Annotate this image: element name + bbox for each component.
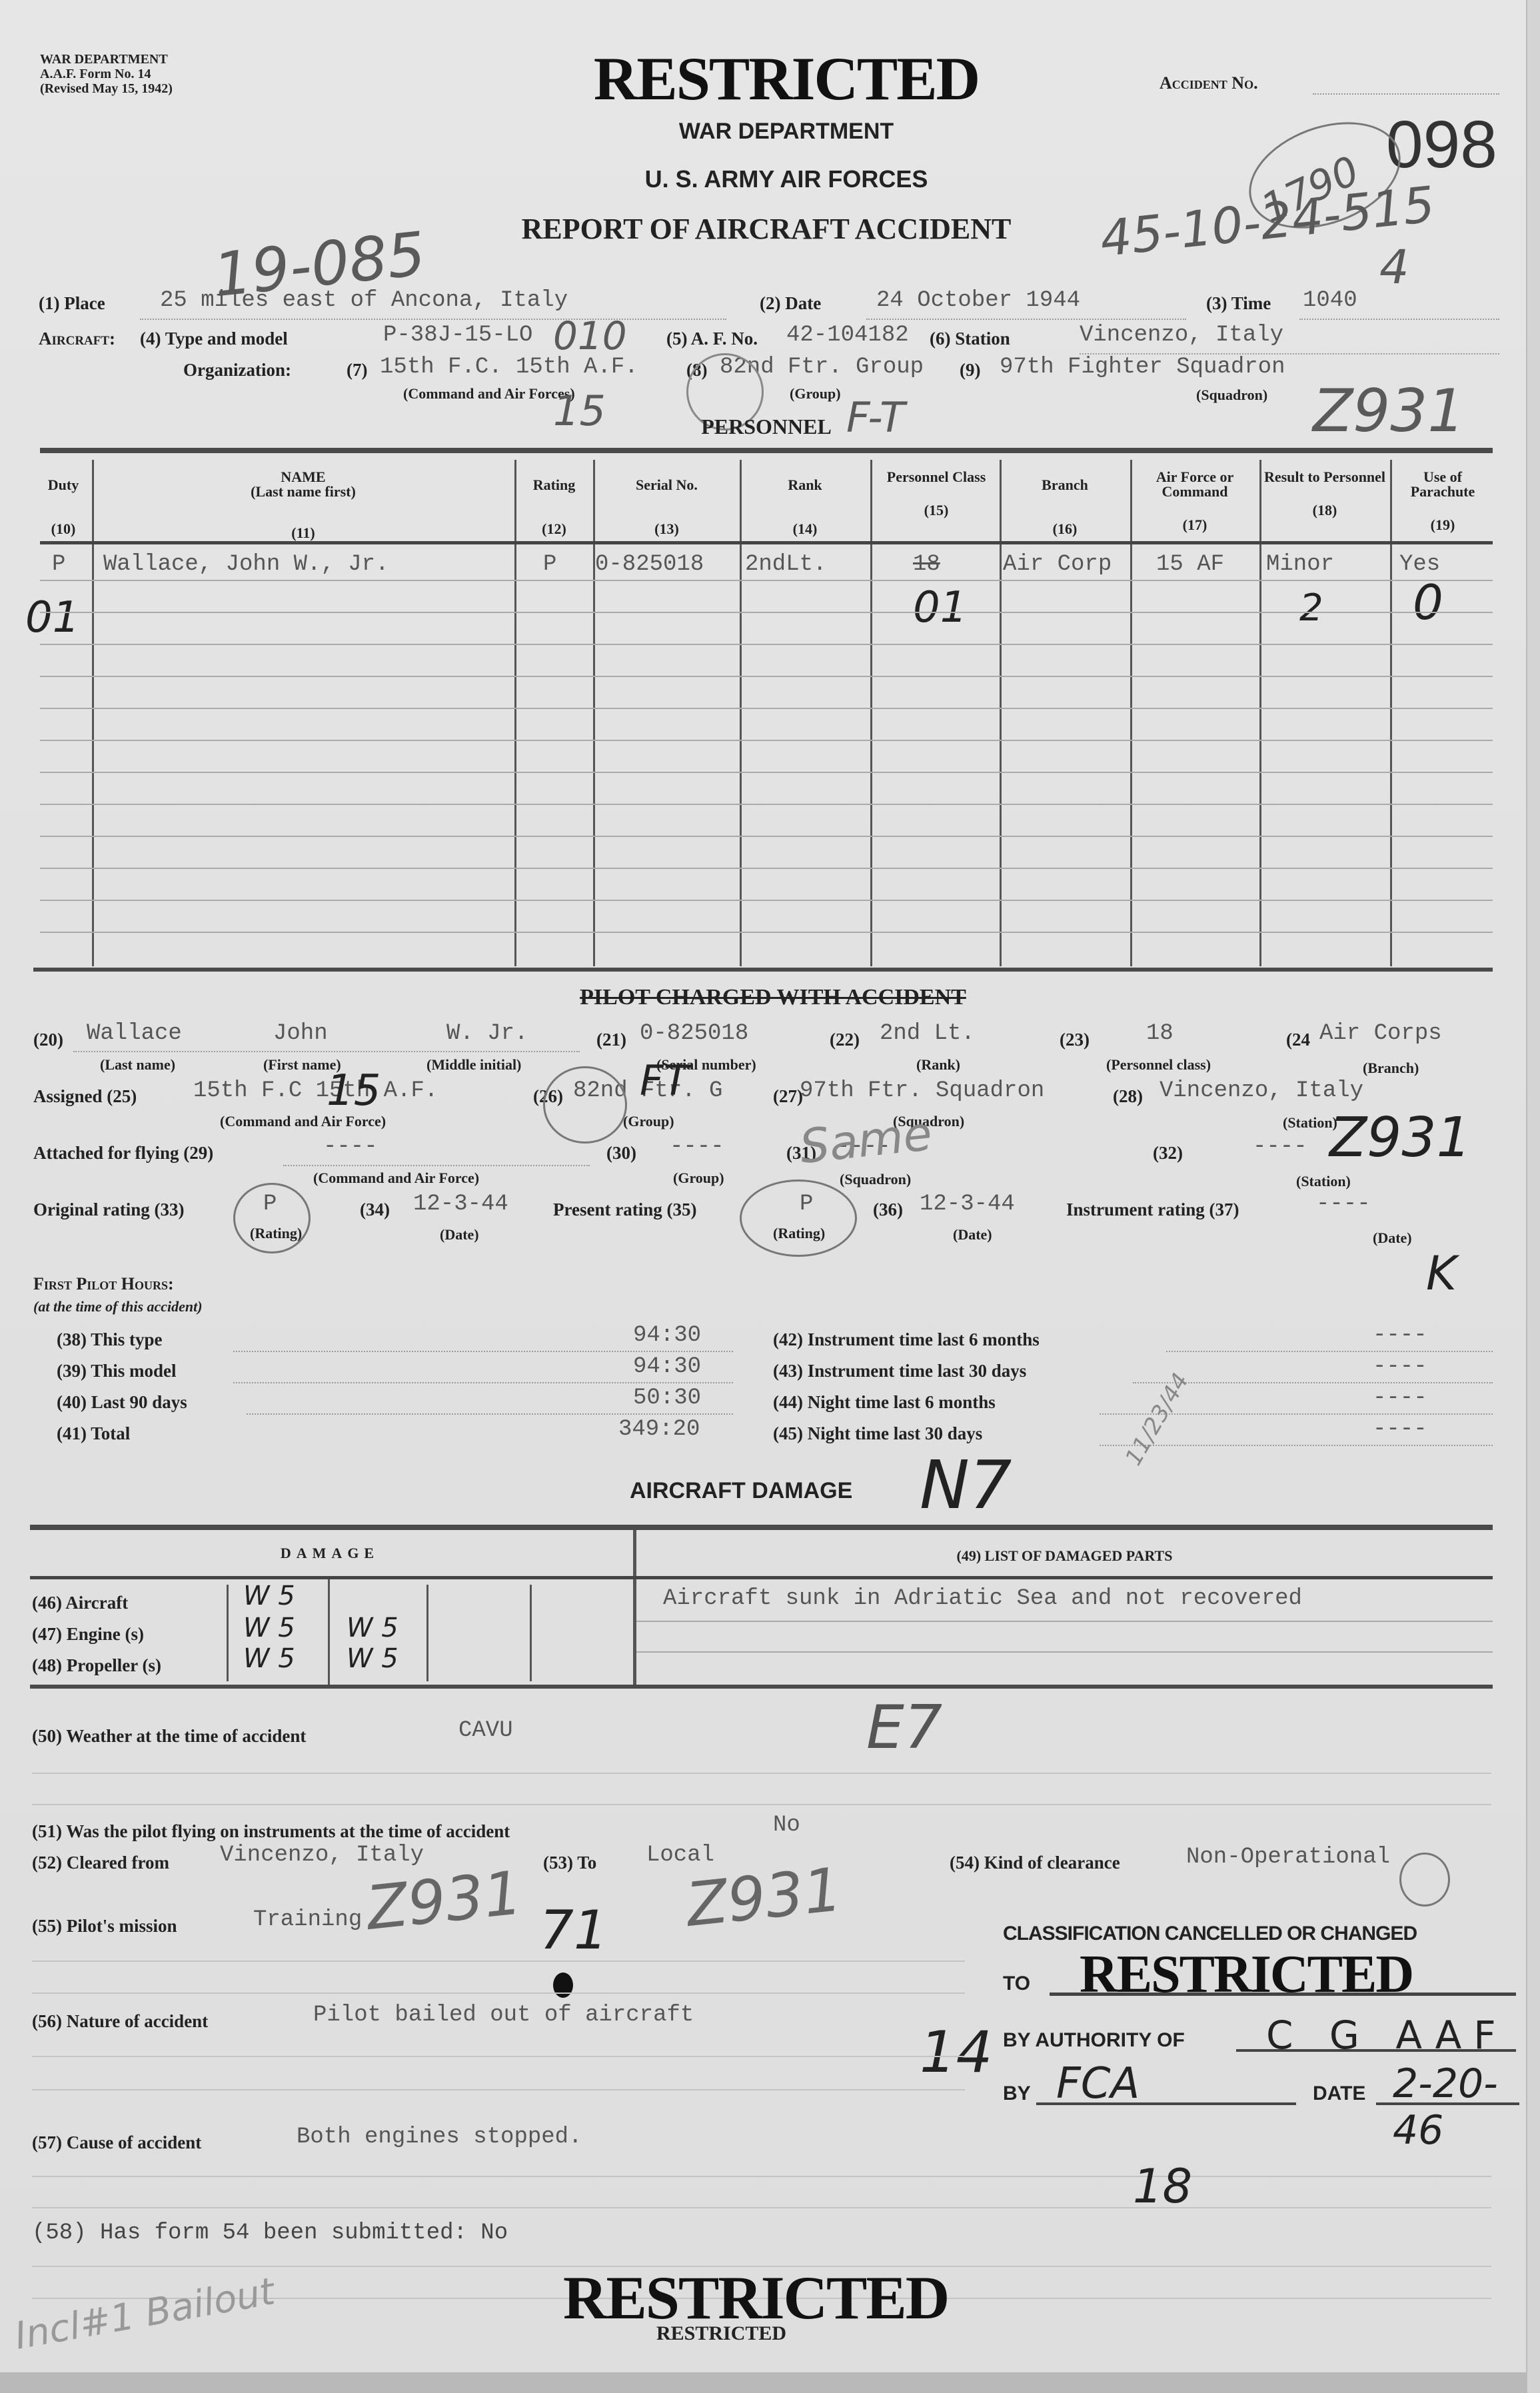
attached-squadron-caption: (Squadron) [840,1171,911,1188]
col-header-personnel-class: Personnel Class(15) [880,470,993,518]
time-label: (3) Time [1206,293,1271,314]
cell-rating: P [543,552,556,577]
damage-aircraft-label: (46) Aircraft [32,1593,128,1613]
annotation-personnel-class: 01 [913,583,967,632]
attached-label: Attached for flying (29) [33,1143,213,1164]
row-line [40,580,1493,581]
row-line [40,772,1493,773]
col-sep [870,460,872,966]
col-header-name: NAME (Last name first)(11) [93,470,513,540]
instrument-30d-label: (43) Instrument time last 30 days [773,1361,1026,1381]
middle-caption: (Middle initial) [426,1056,521,1074]
name-line [73,1051,580,1052]
nature-label: (56) Nature of accident [32,2011,208,2032]
annotation-4: 4 [1379,240,1409,295]
place-value: 25 miles east of Ancona, Italy [160,288,568,313]
hours-this-model-label: (39) This model [57,1361,177,1381]
place-label: (1) Place [39,293,105,314]
ruled-line [32,1993,965,1994]
pilot-branch: Air Corps [1319,1021,1442,1046]
pilot-first-name: John [273,1021,328,1046]
damage-section-title: AIRCRAFT DAMAGE [630,1478,852,1504]
present-rating-circle [740,1180,857,1257]
annotation-15b: 15 [327,1066,381,1116]
row-line [40,612,1493,613]
report-title: REPORT OF AIRCRAFT ACCIDENT [453,212,1080,246]
declass-authority-line [1236,2049,1516,2052]
row-line [40,804,1493,805]
pilot-personnel-class: 18 [1146,1021,1173,1046]
clearance-circle [1399,1853,1450,1907]
attached-station-caption: (Station) [1296,1173,1351,1190]
annotation-e7: E7 [866,1693,942,1763]
declass-to-label: TO [1003,1973,1030,1995]
form54-text: (58) Has form 54 been submitted: No [32,2220,508,2246]
row-line [40,676,1493,677]
present-date-caption: (Date) [953,1226,992,1243]
hours-subtitle: (at the time of this accident) [33,1298,203,1315]
org7-caption: (Command and Air Forces) [403,385,575,402]
annotation-14: 14 [920,2019,992,2086]
declass-date-value: 2-20-46 [1393,2060,1540,2154]
accident-no-value: 098 [1386,107,1497,183]
cell-parachute: Yes [1399,552,1440,577]
f23-label: (23) [1060,1030,1090,1050]
damage-col [426,1585,428,1681]
original-date: 12-3-44 [413,1192,508,1217]
damage-col [227,1585,229,1681]
damage-aircraft-c1: W 5 [243,1581,295,1611]
f34-label: (34) [360,1199,390,1220]
parts-line [636,1651,1493,1653]
pilot-middle: W. Jr. [446,1021,528,1046]
night-6mo-value: ---- [1373,1385,1427,1411]
hours-this-model-value: 94:30 [633,1354,701,1379]
hours-this-type-value: 94:30 [633,1323,701,1348]
pilot-rank: 2nd Lt. [880,1021,975,1046]
annotation-z931-mid: Z931 [1329,1106,1471,1170]
present-rating-caption: (Rating) [773,1225,825,1242]
hours-line [1166,1351,1493,1352]
f28-label: (28) [1113,1086,1143,1107]
instrument-6mo-value: ---- [1373,1323,1427,1348]
declass-date-line [1376,2102,1519,2105]
attached-line [283,1165,590,1166]
header-bottom-rule [40,541,1493,544]
damage-propeller-c2: W 5 [347,1643,398,1674]
cell-rank: 2ndLt. [745,552,826,577]
instrument-6mo-label: (42) Instrument time last 6 months [773,1329,1040,1350]
attached-station: ---- [1253,1134,1307,1160]
original-rating-caption: (Rating) [250,1225,302,1242]
station-value: Vincenzo, Italy [1080,323,1283,348]
annotation-n7: N7 [920,1446,1012,1524]
clearance-label: (54) Kind of clearance [950,1853,1120,1873]
present-rating-label: Present rating (35) [553,1199,696,1220]
personnel-title: PERSONNEL [666,414,866,439]
damage-col [328,1579,330,1686]
accident-report-page: WAR DEPARTMENT A.A.F. Form No. 14 (Revis… [0,0,1540,2393]
cleared-to-label: (53) To [543,1853,596,1873]
ruled-line [32,1773,1491,1774]
f30-label: (30) [606,1143,636,1164]
annotation-result: 2 [1299,586,1323,630]
form-revised: (Revised May 15, 1942) [40,81,173,96]
form-number: A.A.F. Form No. 14 [40,67,173,81]
nature-value: Pilot bailed out of aircraft [313,2002,694,2028]
annotation-ft-b: FT [640,1056,689,1105]
damage-header: DAMAGE [30,1545,630,1562]
night-30d-value: ---- [1373,1417,1427,1442]
annotation-k: K [1426,1246,1457,1301]
col-header-duty: Duty(10) [37,476,90,538]
row-line [40,740,1493,741]
cell-duty: P [52,552,65,577]
f24-label: (24 [1286,1030,1310,1050]
attached-command-caption: (Command and Air Force) [313,1170,479,1187]
hours-this-type-label: (38) This type [57,1329,163,1350]
page-bottom-edge [0,2372,1540,2393]
present-date: 12-3-44 [920,1192,1015,1217]
instrument-30d-value: ---- [1373,1354,1427,1379]
personnel-class-caption: (Personnel class) [1106,1056,1211,1074]
col-header-serial: Serial No.(13) [595,476,738,538]
row-line [40,836,1493,837]
annotation-date-stamp: 11/23/44 [1120,1369,1194,1470]
declass-to-value: RESTRICTED [1080,1945,1413,2005]
col-header-parachute: Use of Parachute(19) [1393,470,1493,532]
ink-blot [553,1973,573,1998]
annotation-duty: 01 [25,593,79,642]
annotation-z931-top: Z931 [1313,377,1465,445]
rank-caption: (Rank) [916,1056,960,1074]
hours-total-value: 349:20 [618,1417,700,1442]
date-label: (2) Date [760,293,821,314]
original-rating-label: Original rating (33) [33,1199,184,1220]
annotation-same: Same [797,1106,934,1174]
org7-label: (7) [347,360,367,381]
night-6mo-label: (44) Night time last 6 months [773,1392,996,1413]
form-dept: WAR DEPARTMENT [40,52,173,67]
declass-by-value: FCA [1056,2059,1140,2108]
f32-label: (32) [1153,1143,1183,1164]
row-line [40,868,1493,869]
annotation-z931-a: Z931 [363,1858,525,1944]
ruled-line [32,1961,965,1962]
pilot-last-name: Wallace [87,1021,182,1046]
last-name-caption: (Last name) [100,1056,175,1074]
aircraft-label: Aircraft: [39,329,115,349]
classification-top: RESTRICTED [586,47,986,111]
declass-by-line [1036,2102,1296,2105]
org-label: Organization: [183,360,291,381]
cell-air-force: 15 AF [1156,552,1224,577]
time-line [1299,319,1499,320]
mission-value: Training [253,1907,362,1933]
classification-bottom-small: RESTRICTED [656,2322,786,2345]
annotation-18: 18 [1133,2159,1192,2214]
col-header-rating: Rating(12) [516,476,592,538]
org8-caption: (Group) [790,385,841,402]
form-id-block: WAR DEPARTMENT A.A.F. Form No. 14 (Revis… [40,52,173,96]
weather-label: (50) Weather at the time of accident [32,1726,306,1747]
assigned-label: Assigned (25) [33,1086,137,1107]
col-header-branch: Branch(16) [1002,476,1128,538]
attached-group: ---- [670,1134,724,1160]
hours-line [1100,1445,1493,1446]
cleared-to-value: Local [646,1843,714,1868]
hours-total-label: (41) Total [57,1423,130,1444]
accident-no-label: Accident No. [1159,73,1258,93]
original-rating-circle [233,1183,311,1253]
damage-engine-c2: W 5 [347,1613,398,1643]
row-line [40,900,1493,901]
hours-last-90-value: 50:30 [633,1385,701,1411]
instrument-rating-label: Instrument rating (37) [1066,1199,1239,1220]
f36-label: (36) [873,1199,903,1220]
ruled-line [32,1804,1491,1805]
station-label: (6) Station [930,329,1010,349]
af-no-value: 42-104182 [786,323,909,348]
assigned-station: Vincenzo, Italy [1159,1078,1363,1104]
org7-value: 15th F.C. 15th A.F. [380,355,638,380]
declass-authority-label: BY AUTHORITY OF [1003,2029,1185,2052]
hours-title: First Pilot Hours: [33,1274,174,1294]
col-header-result: Result to Personnel(18) [1261,470,1388,518]
damage-bottom-rule [30,1685,1493,1689]
type-label: (4) Type and model [140,329,288,349]
type-annotation: 010 [553,313,627,359]
annotation-incl: Incl#1 Bailout [11,2270,278,2358]
assigned-squadron: 97th Ftr. Squadron [800,1078,1044,1104]
original-date-caption: (Date) [440,1226,479,1243]
instruments-label: (51) Was the pilot flying on instruments… [32,1821,510,1842]
hours-line [233,1351,733,1352]
declass-heading: CLASSIFICATION CANCELLED OR CHANGED [1003,1923,1417,1945]
damaged-parts-text: Aircraft sunk in Adriatic Sea and not re… [663,1586,1302,1611]
personnel-bottom-rule [33,968,1493,972]
damage-col [530,1585,532,1681]
personnel-top-rule [40,448,1493,453]
cleared-from-value: Vincenzo, Italy [220,1843,424,1868]
cause-label: (57) Cause of accident [32,2132,201,2153]
col-header-rank: Rank(14) [742,476,868,538]
declass-by-label: BY [1003,2082,1031,2105]
cell-result: Minor [1266,552,1334,577]
assigned-command: 15th F.C 15th A.F. [193,1078,438,1104]
col-sep [1259,460,1261,966]
org9-value: 97th Fighter Squadron [1000,355,1285,380]
pilot-serial: 0-825018 [640,1021,748,1046]
parts-header: (49) LIST OF DAMAGED PARTS [636,1547,1493,1565]
annotation-15: 15 [553,387,606,435]
cell-branch: Air Corp [1003,552,1112,577]
damage-top-rule [30,1525,1493,1530]
weather-value: CAVU [458,1718,513,1743]
damage-header-rule [30,1576,1493,1579]
group-circle [543,1066,627,1144]
row-line [40,644,1493,645]
cell-serial: 0-825018 [595,552,704,577]
org9-label: (9) [960,360,980,381]
col-header-air-force: Air Force or Command(17) [1133,470,1257,532]
damage-propeller-label: (48) Propeller (s) [32,1655,161,1676]
row-line [40,932,1493,933]
type-value: P-38J-15-LO [383,323,532,348]
declass-date-label: DATE [1313,2082,1365,2105]
cause-value: Both engines stopped. [297,2124,582,2150]
f22-label: (22) [830,1030,860,1050]
annotation-71: 71 [540,1899,608,1961]
row-line [40,708,1493,709]
cleared-from-label: (52) Cleared from [32,1853,169,1873]
page-right-edge [1526,0,1540,2393]
hours-line [247,1413,733,1415]
damage-engine-c1: W 5 [243,1613,295,1643]
f21-label: (21) [596,1030,626,1050]
place-line [140,319,726,320]
branch-caption: (Branch) [1363,1060,1419,1077]
ruled-line [32,2207,1491,2208]
ruled-line [32,2056,965,2057]
parts-line [636,1621,1493,1622]
hours-last-90-label: (40) Last 90 days [57,1392,187,1413]
annotation-parachute: 0 [1413,574,1443,630]
f27-label: (27) [773,1086,803,1107]
f20-label: (20) [33,1030,63,1050]
attached-command: ---- [323,1134,378,1160]
time-value: 1040 [1303,288,1357,313]
ruled-line [32,2089,965,2090]
cell-personnel-class: 18 [913,552,940,577]
org9-caption: (Squadron) [1196,387,1267,404]
assigned-group-caption: (Group) [623,1113,674,1130]
damage-engine-label: (47) Engine (s) [32,1624,144,1645]
date-value: 24 October 1944 [876,288,1080,313]
hours-line [233,1382,733,1383]
instrument-rating-value: ---- [1316,1192,1371,1217]
declass-to-line [1050,1993,1516,1996]
ruled-line [32,2176,1491,2177]
pilot-section-title: PILOT CHARGED WITH ACCIDENT [560,985,986,1010]
cell-name: Wallace, John W., Jr. [103,552,388,577]
instruments-value: No [773,1813,800,1838]
mission-label: (55) Pilot's mission [32,1916,177,1937]
clearance-value: Non-Operational [1186,1845,1390,1870]
date-line [866,319,1186,320]
accident-no-line [1313,93,1499,95]
af-no-label: (5) A. F. No. [666,329,758,349]
instrument-rating-caption: (Date) [1373,1229,1412,1247]
col-sep [1390,460,1392,966]
col-sep [1130,460,1132,966]
attached-group-caption: (Group) [673,1170,724,1187]
header-aaf: U. S. ARMY AIR FORCES [553,165,1020,193]
header-dept: WAR DEPARTMENT [586,119,986,145]
damage-propeller-c1: W 5 [243,1643,295,1674]
night-30d-label: (45) Night time last 30 days [773,1423,982,1444]
